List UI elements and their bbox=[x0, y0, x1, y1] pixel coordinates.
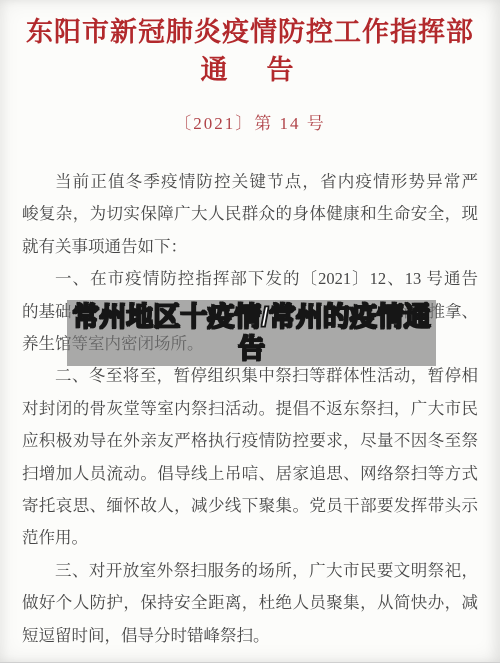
text-line: 范作用。 bbox=[22, 522, 478, 554]
paragraph-intro: 当前正值冬季疫情防控关键节点，省内疫情形势异常严 峻复杂，为切实保障广大人民群众… bbox=[22, 166, 478, 263]
caption-text: 常州地区十疫情/常州的疫情通告 bbox=[67, 301, 436, 365]
notice-body: 当前正值冬季疫情防控关键节点，省内疫情形势异常严 峻复杂，为切实保障广大人民群众… bbox=[22, 166, 478, 652]
text-line: 扫增加人员流动。倡导线上吊唁、居家追思、网络祭扫等方式 bbox=[22, 458, 478, 490]
doc-number: 〔2021〕第 14 号 bbox=[0, 113, 500, 135]
text-line: 就有关事项通告如下： bbox=[22, 231, 478, 263]
notice-header: 东阳市新冠肺炎疫情防控工作指挥部 通 告 〔2021〕第 14 号 bbox=[0, 0, 500, 135]
text-line: 短逗留时间，倡导分时错峰祭扫。 bbox=[22, 620, 478, 652]
text-line: 峻复杂，为切实保障广大人民群众的身体健康和生命安全，现 bbox=[22, 198, 478, 230]
caption-overlay: 常州地区十疫情/常州的疫情通告 bbox=[67, 300, 436, 366]
text-line: 对封闭的骨灰堂等室内祭扫活动。提倡不返东祭扫，广大市民 bbox=[22, 393, 478, 425]
text-line: 一、在市疫情防控指挥部下发的〔2021〕12、13 号通告 bbox=[22, 263, 478, 295]
notice-document: 东阳市新冠肺炎疫情防控工作指挥部 通 告 〔2021〕第 14 号 当前正值冬季… bbox=[0, 0, 500, 663]
text-fragment-left: 的基础 bbox=[22, 296, 72, 328]
text-line: 寄托哀思、缅怀故人，减少线下聚集。党员干部要发挥带头示 bbox=[22, 490, 478, 522]
text-line: 三、对开放室外祭扫服务的场所，广大市民要文明祭祀， bbox=[22, 555, 478, 587]
text-line: 应积极劝导在外亲友严格执行疫情防控要求，尽量不因冬至祭 bbox=[22, 425, 478, 457]
text-line: 当前正值冬季疫情防控关键节点，省内疫情形势异常严 bbox=[22, 166, 478, 198]
paragraph-item-2: 二、冬至将至，暂停组织集中祭扫等群体性活动，暂停相 对封闭的骨灰堂等室内祭扫活动… bbox=[22, 360, 478, 554]
notice-title-line2: 通 告 bbox=[0, 54, 500, 86]
text-line: 做好个人防护，保持安全距离，杜绝人员聚集，从简快办，减 bbox=[22, 587, 478, 619]
notice-title-line1: 东阳市新冠肺炎疫情防控工作指挥部 bbox=[0, 16, 500, 48]
paragraph-item-3: 三、对开放室外祭扫服务的场所，广大市民要文明祭祀， 做好个人防护，保持安全距离，… bbox=[22, 555, 478, 652]
